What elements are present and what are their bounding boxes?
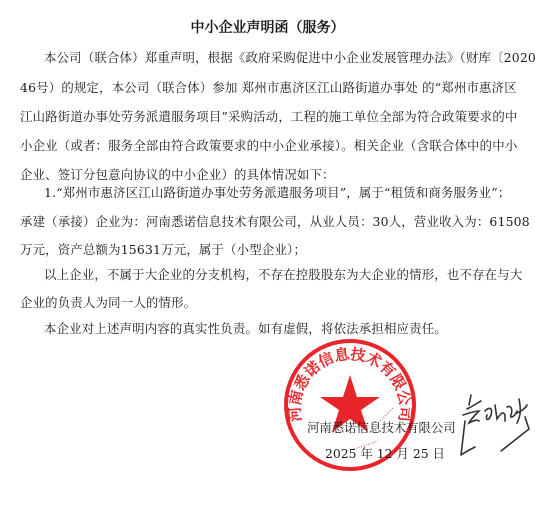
paragraph-1-line-3: 江山路街道办事处劳务派遣服务项目”采购活动，工程的施工单位全部为符合政策要求的中	[20, 107, 518, 125]
paragraph-1-line-1: 本公司（联合体）郑重声明，根据《政府采购促进中小企业发展管理办法》（财库〔202…	[44, 48, 535, 66]
paragraph-1-line-4: 小企业（或者：服务全部由符合政策要求的中小企业承接）。相关企业（含联合体中的中小	[20, 136, 517, 154]
paragraph-3-line-2: 企业的负责人为同一人的情形。	[20, 293, 196, 311]
paragraph-3-line-1: 以上企业，不属于大企业的分支机构，不存在控股股东为大企业的情形，也不存在与大	[44, 265, 522, 283]
paragraph-1-line-2: 46号）的规定，本公司（联合体）参加 郑州市惠济区江山路街道办事处 的“郑州市惠…	[20, 78, 517, 96]
paragraph-2-line-2: 承建（承接）企业为：河南悉诺信息技术有限公司，从业人员：30人，营业收入为：61…	[20, 212, 530, 230]
paragraph-1-line-5: 企业、签订分包意向协议的中小企业）的具体情况如下：	[20, 165, 335, 183]
signature-date: 2025 年 12 月 25 日	[325, 444, 445, 462]
paragraph-2-line-3: 万元，资产总额为15631万元，属于（小型企业）；	[20, 240, 306, 258]
paragraph-2-line-1: 1.“郑州市惠济区江山路街道办事处劳务派遣服务项目”，属于“租赁和商务服务业”；	[44, 183, 510, 201]
signatory-company: 河南悉诺信息技术有限公司	[307, 418, 456, 436]
document-title: 中小企业声明函（服务）	[0, 17, 535, 37]
handwritten-signature-icon	[455, 385, 535, 465]
paragraph-4-line-1: 本企业对上述声明内容的真实性负责。如有虚假，将依法承担相应责任。	[44, 319, 447, 337]
